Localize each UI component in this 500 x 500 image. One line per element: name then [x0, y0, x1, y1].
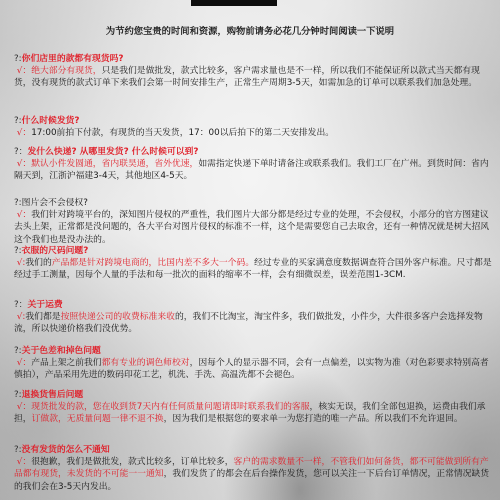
faq-question: ?：关于运费	[14, 299, 494, 311]
answer-highlight: 都有专业的调色师校对	[102, 358, 190, 368]
answer-text: 我们都是	[25, 312, 60, 322]
check-mark-icon: √：	[14, 358, 31, 368]
faq-answer: √：现货批发的款，您在收到货7天内有任何质量问题请即时联系我们的客服，核实无误，…	[14, 401, 494, 425]
answer-text: ，因为我们是根据您的要求单一为您打造的唯一产品。所以我们不允许退回。	[164, 414, 463, 424]
answer-text: 产品上架之前我们	[31, 358, 101, 368]
faq-question: ?:没有发货的怎么不通知	[14, 444, 494, 456]
faq-item: ?:退换货售后问题 √：现货批发的款，您在收到货7天内有任何质量问题请即时联系我…	[14, 389, 494, 426]
faq-question: ?：发什么快递? 从哪里发货? 什么时候可以到?	[14, 146, 494, 158]
faq-answer: √：默认小件发圆通，省内联昊通，省外优速，如需指定快递下单时请备注或联系我们。我…	[14, 158, 494, 182]
question-text: 你们店里的款都有现货吗?	[22, 54, 124, 64]
question-mark-icon: ?:	[14, 445, 22, 455]
question-text: 关于运费	[27, 300, 62, 310]
faq-item: ?:没有发货的怎么不通知 √：很抱歉，我们是做批发，款式比较多，订单比较多，客户…	[14, 444, 494, 493]
answer-text: 17:00前拍下付款，有现货的当天发货，17：00以后拍下的第二天安排发出。	[31, 128, 334, 138]
answer-text: 很抱歉，我们是做批发，款式比较多，订单比较多，	[31, 457, 233, 467]
faq-question: ?:退换货售后问题	[14, 389, 494, 401]
check-mark-icon: √：	[14, 210, 31, 220]
answer-text: 我们的	[25, 258, 51, 268]
top-banner	[191, 0, 277, 6]
answer-highlight: 订做款，无质量问题一律不退不换	[32, 414, 164, 424]
question-mark-icon: ?:	[14, 116, 22, 126]
answer-text: 我们针对跨境平台的，深知图片侵权的严重性，我们图片大部分都是经过专业的处理，不会…	[14, 210, 489, 244]
question-text: 关于色差和掉色问题	[22, 346, 101, 356]
faq-item: ?：发什么快递? 从哪里发货? 什么时候可以到? √：默认小件发圆通，省内联昊通…	[14, 146, 494, 183]
answer-highlight: 默认小件发圆通，省内联昊通，省外优速，	[31, 159, 198, 169]
faq-answer: √：很抱歉，我们是做批发，款式比较多，订单比较多，客户的需求数量不一样，不管我们…	[14, 456, 494, 493]
question-text: 图片会不会侵权?	[22, 198, 88, 208]
answer-highlight: 产品都是针对跨境电商的，比国内差不多大一个码。	[52, 258, 254, 268]
faq-answer: √：我们针对跨境平台的，深知图片侵权的严重性，我们图片大部分都是经过专业的处理，…	[14, 209, 494, 246]
question-mark-icon: ?:	[14, 54, 22, 64]
faq-question: ?:什么时候发货?	[14, 115, 494, 127]
check-mark-icon: √：	[14, 128, 31, 138]
question-mark-icon: ?：	[14, 300, 27, 310]
question-mark-icon: ?:	[14, 246, 22, 256]
answer-highlight: 绝大部分有现货，	[31, 66, 101, 76]
check-mark-icon: √：	[14, 66, 31, 76]
faq-question: ?:关于色差和掉色问题	[14, 345, 494, 357]
answer-highlight: 现货批发的款，您在收到货7天内有任何质量问题请即时联系我们的客服	[31, 402, 309, 412]
question-text: 衣服的尺码问题?	[22, 246, 89, 256]
answer-highlight: 按照快递公司的收费标准来收	[61, 312, 175, 322]
question-text: 退换货售后问题	[22, 390, 84, 400]
question-text: 发什么快递? 从哪里发货? 什么时候可以到?	[27, 147, 198, 157]
faq-answer: √:我们都是按照快递公司的收费标准来收的，我们不比淘宝，淘宝件多，我们做批发，小…	[14, 311, 494, 335]
question-mark-icon: ?:	[14, 198, 22, 208]
faq-answer: √：绝大部分有现货，只是我们是做批发，款式比较多，客户需求量也是不一样，所以我们…	[14, 65, 494, 89]
faq-item: ?:你们店里的款都有现货吗? √：绝大部分有现货，只是我们是做批发，款式比较多，…	[14, 53, 494, 90]
question-mark-icon: ?:	[14, 390, 22, 400]
faq-item: ?:衣服的尺码问题? √:我们的产品都是针对跨境电商的，比国内差不多大一个码。经…	[14, 245, 494, 282]
question-mark-icon: ?：	[14, 147, 27, 157]
faq-answer: √:我们的产品都是针对跨境电商的，比国内差不多大一个码。经过专业的买家满意度数据…	[14, 257, 494, 281]
faq-question: ?:图片会不会侵权?	[14, 197, 494, 209]
faq-item: ?:什么时候发货? √：17:00前拍下付款，有现货的当天发货，17：00以后拍…	[14, 115, 494, 139]
faq-answer: √：产品上架之前我们都有专业的调色师校对，因每个人的显示器不同，会有一点偏差，以…	[14, 357, 494, 381]
check-mark-icon: √:	[14, 312, 25, 322]
faq-item: ?:关于色差和掉色问题 √：产品上架之前我们都有专业的调色师校对，因每个人的显示…	[14, 345, 494, 382]
question-mark-icon: ?:	[14, 346, 22, 356]
intro-text: 为节约您宝贵的时间和资源，购物前请务必花几分钟时间阅读一下说明	[0, 23, 500, 37]
question-text: 没有发货的怎么不通知	[22, 445, 110, 455]
check-mark-icon: √：	[14, 159, 31, 169]
faq-answer: √：17:00前拍下付款，有现货的当天发货，17：00以后拍下的第二天安排发出。	[14, 127, 494, 139]
check-mark-icon: √:	[14, 258, 25, 268]
faq-item: ?:图片会不会侵权? √：我们针对跨境平台的，深知图片侵权的严重性，我们图片大部…	[14, 197, 494, 246]
check-mark-icon: √：	[14, 457, 31, 467]
faq-question: ?:你们店里的款都有现货吗?	[14, 53, 494, 65]
faq-item: ?：关于运费 √:我们都是按照快递公司的收费标准来收的，我们不比淘宝，淘宝件多，…	[14, 299, 494, 336]
check-mark-icon: √：	[14, 402, 31, 412]
faq-question: ?:衣服的尺码问题?	[14, 245, 494, 257]
question-text: 什么时候发货?	[22, 116, 80, 126]
